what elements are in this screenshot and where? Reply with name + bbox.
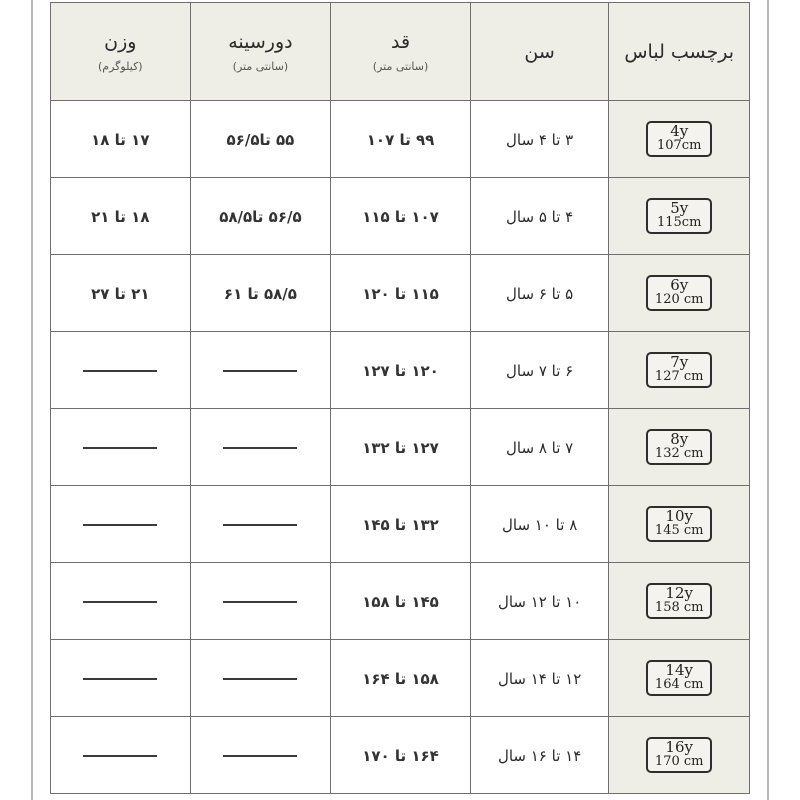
chest-cell bbox=[190, 563, 331, 640]
chest-cell: ۵۶/۵ تا۵۸/۵ bbox=[190, 178, 331, 255]
header-height: قد (سانتی متر) bbox=[331, 3, 471, 101]
size-tag-cm: 120 cm bbox=[654, 293, 704, 307]
clothing-label-cell: 12y 158 cm bbox=[609, 563, 750, 640]
clothing-label-cell: 4y 107cm bbox=[609, 101, 750, 178]
height-cell: ۹۹ تا ۱۰۷ bbox=[331, 101, 471, 178]
empty-value-dash bbox=[83, 601, 157, 603]
size-tag-age: 16y bbox=[654, 740, 704, 755]
size-tag: 5y 115cm bbox=[646, 198, 712, 234]
age-cell: ۱۰ تا ۱۲ سال bbox=[470, 563, 609, 640]
age-cell: ۱۴ تا ۱۶ سال bbox=[470, 717, 609, 794]
page-border-left bbox=[31, 0, 33, 800]
size-tag: 6y 120 cm bbox=[646, 275, 712, 311]
height-cell: ۱۳۲ تا ۱۴۵ bbox=[331, 486, 471, 563]
header-chest: دورسینه (سانتی متر) bbox=[190, 3, 331, 101]
table-row: 10y 145 cm ۸ تا ۱۰ سال ۱۳۲ تا ۱۴۵ bbox=[51, 486, 750, 563]
table-row: 6y 120 cm ۵ تا ۶ سال ۱۱۵ تا ۱۲۰ ۵۸/۵ تا … bbox=[51, 255, 750, 332]
empty-value-dash bbox=[223, 601, 297, 603]
height-cell: ۱۵۸ تا ۱۶۴ bbox=[331, 640, 471, 717]
weight-cell bbox=[51, 332, 191, 409]
size-tag-age: 4y bbox=[654, 124, 704, 139]
page-border-right bbox=[767, 0, 769, 800]
weight-cell bbox=[51, 717, 191, 794]
table-row: 4y 107cm ۳ تا ۴ سال ۹۹ تا ۱۰۷ ۵۵ تا۵۶/۵ … bbox=[51, 101, 750, 178]
size-tag: 12y 158 cm bbox=[646, 583, 712, 619]
height-cell: ۱۶۴ تا ۱۷۰ bbox=[331, 717, 471, 794]
size-tag-age: 5y bbox=[654, 201, 704, 216]
size-tag-age: 6y bbox=[654, 278, 704, 293]
height-cell: ۱۰۷ تا ۱۱۵ bbox=[331, 178, 471, 255]
table-row: 7y 127 cm ۶ تا ۷ سال ۱۲۰ تا ۱۲۷ bbox=[51, 332, 750, 409]
table-row: 12y 158 cm ۱۰ تا ۱۲ سال ۱۴۵ تا ۱۵۸ bbox=[51, 563, 750, 640]
clothing-label-cell: 5y 115cm bbox=[609, 178, 750, 255]
clothing-label-cell: 14y 164 cm bbox=[609, 640, 750, 717]
table-row: 14y 164 cm ۱۲ تا ۱۴ سال ۱۵۸ تا ۱۶۴ bbox=[51, 640, 750, 717]
weight-cell bbox=[51, 486, 191, 563]
age-cell: ۴ تا ۵ سال bbox=[470, 178, 609, 255]
empty-value-dash bbox=[223, 755, 297, 757]
size-tag-age: 14y bbox=[654, 663, 704, 678]
size-tag: 4y 107cm bbox=[646, 121, 712, 157]
age-cell: ۵ تا ۶ سال bbox=[470, 255, 609, 332]
empty-value-dash bbox=[83, 447, 157, 449]
size-tag: 14y 164 cm bbox=[646, 660, 712, 696]
age-cell: ۸ تا ۱۰ سال bbox=[470, 486, 609, 563]
empty-value-dash bbox=[83, 370, 157, 372]
age-cell: ۶ تا ۷ سال bbox=[470, 332, 609, 409]
table-row: 5y 115cm ۴ تا ۵ سال ۱۰۷ تا ۱۱۵ ۵۶/۵ تا۵۸… bbox=[51, 178, 750, 255]
weight-cell: ۱۸ تا ۲۱ bbox=[51, 178, 191, 255]
clothing-label-cell: 6y 120 cm bbox=[609, 255, 750, 332]
age-cell: ۷ تا ۸ سال bbox=[470, 409, 609, 486]
empty-value-dash bbox=[83, 524, 157, 526]
weight-cell bbox=[51, 409, 191, 486]
clothing-label-cell: 8y 132 cm bbox=[609, 409, 750, 486]
size-tag-cm: 170 cm bbox=[654, 755, 704, 769]
empty-value-dash bbox=[83, 755, 157, 757]
size-tag: 7y 127 cm bbox=[646, 352, 712, 388]
size-tag-age: 10y bbox=[654, 509, 704, 524]
header-row: برچسب لباس سن قد (سانتی متر) دورسینه (سا… bbox=[51, 3, 750, 101]
size-tag-cm: 115cm bbox=[654, 216, 704, 230]
chest-cell: ۵۵ تا۵۶/۵ bbox=[190, 101, 331, 178]
size-tag-cm: 158 cm bbox=[654, 601, 704, 615]
weight-cell: ۲۱ تا ۲۷ bbox=[51, 255, 191, 332]
header-clothing-label: برچسب لباس bbox=[609, 3, 750, 101]
clothing-label-cell: 10y 145 cm bbox=[609, 486, 750, 563]
table-row: 16y 170 cm ۱۴ تا ۱۶ سال ۱۶۴ تا ۱۷۰ bbox=[51, 717, 750, 794]
height-cell: ۱۴۵ تا ۱۵۸ bbox=[331, 563, 471, 640]
empty-value-dash bbox=[223, 678, 297, 680]
size-tag-cm: 164 cm bbox=[654, 678, 704, 692]
size-chart-table: برچسب لباس سن قد (سانتی متر) دورسینه (سا… bbox=[50, 2, 750, 794]
empty-value-dash bbox=[223, 370, 297, 372]
header-weight: وزن (کیلوگرم) bbox=[51, 3, 191, 101]
weight-cell bbox=[51, 640, 191, 717]
chest-cell bbox=[190, 409, 331, 486]
clothing-label-cell: 7y 127 cm bbox=[609, 332, 750, 409]
height-cell: ۱۱۵ تا ۱۲۰ bbox=[331, 255, 471, 332]
empty-value-dash bbox=[83, 678, 157, 680]
weight-cell: ۱۷ تا ۱۸ bbox=[51, 101, 191, 178]
chest-cell bbox=[190, 717, 331, 794]
height-cell: ۱۲۷ تا ۱۳۲ bbox=[331, 409, 471, 486]
weight-cell bbox=[51, 563, 191, 640]
size-tag: 8y 132 cm bbox=[646, 429, 712, 465]
age-cell: ۱۲ تا ۱۴ سال bbox=[470, 640, 609, 717]
size-tag-cm: 145 cm bbox=[654, 524, 704, 538]
chest-cell bbox=[190, 486, 331, 563]
empty-value-dash bbox=[223, 447, 297, 449]
chest-cell bbox=[190, 640, 331, 717]
table-row: 8y 132 cm ۷ تا ۸ سال ۱۲۷ تا ۱۳۲ bbox=[51, 409, 750, 486]
height-cell: ۱۲۰ تا ۱۲۷ bbox=[331, 332, 471, 409]
size-tag: 16y 170 cm bbox=[646, 737, 712, 773]
size-tag-age: 8y bbox=[654, 432, 704, 447]
clothing-label-cell: 16y 170 cm bbox=[609, 717, 750, 794]
size-tag-cm: 127 cm bbox=[654, 370, 704, 384]
size-tag-age: 12y bbox=[654, 586, 704, 601]
empty-value-dash bbox=[223, 524, 297, 526]
size-tag: 10y 145 cm bbox=[646, 506, 712, 542]
header-age: سن bbox=[470, 3, 609, 101]
size-tag-cm: 132 cm bbox=[654, 447, 704, 461]
chest-cell bbox=[190, 332, 331, 409]
age-cell: ۳ تا ۴ سال bbox=[470, 101, 609, 178]
size-tag-age: 7y bbox=[654, 355, 704, 370]
size-tag-cm: 107cm bbox=[654, 139, 704, 153]
chest-cell: ۵۸/۵ تا ۶۱ bbox=[190, 255, 331, 332]
